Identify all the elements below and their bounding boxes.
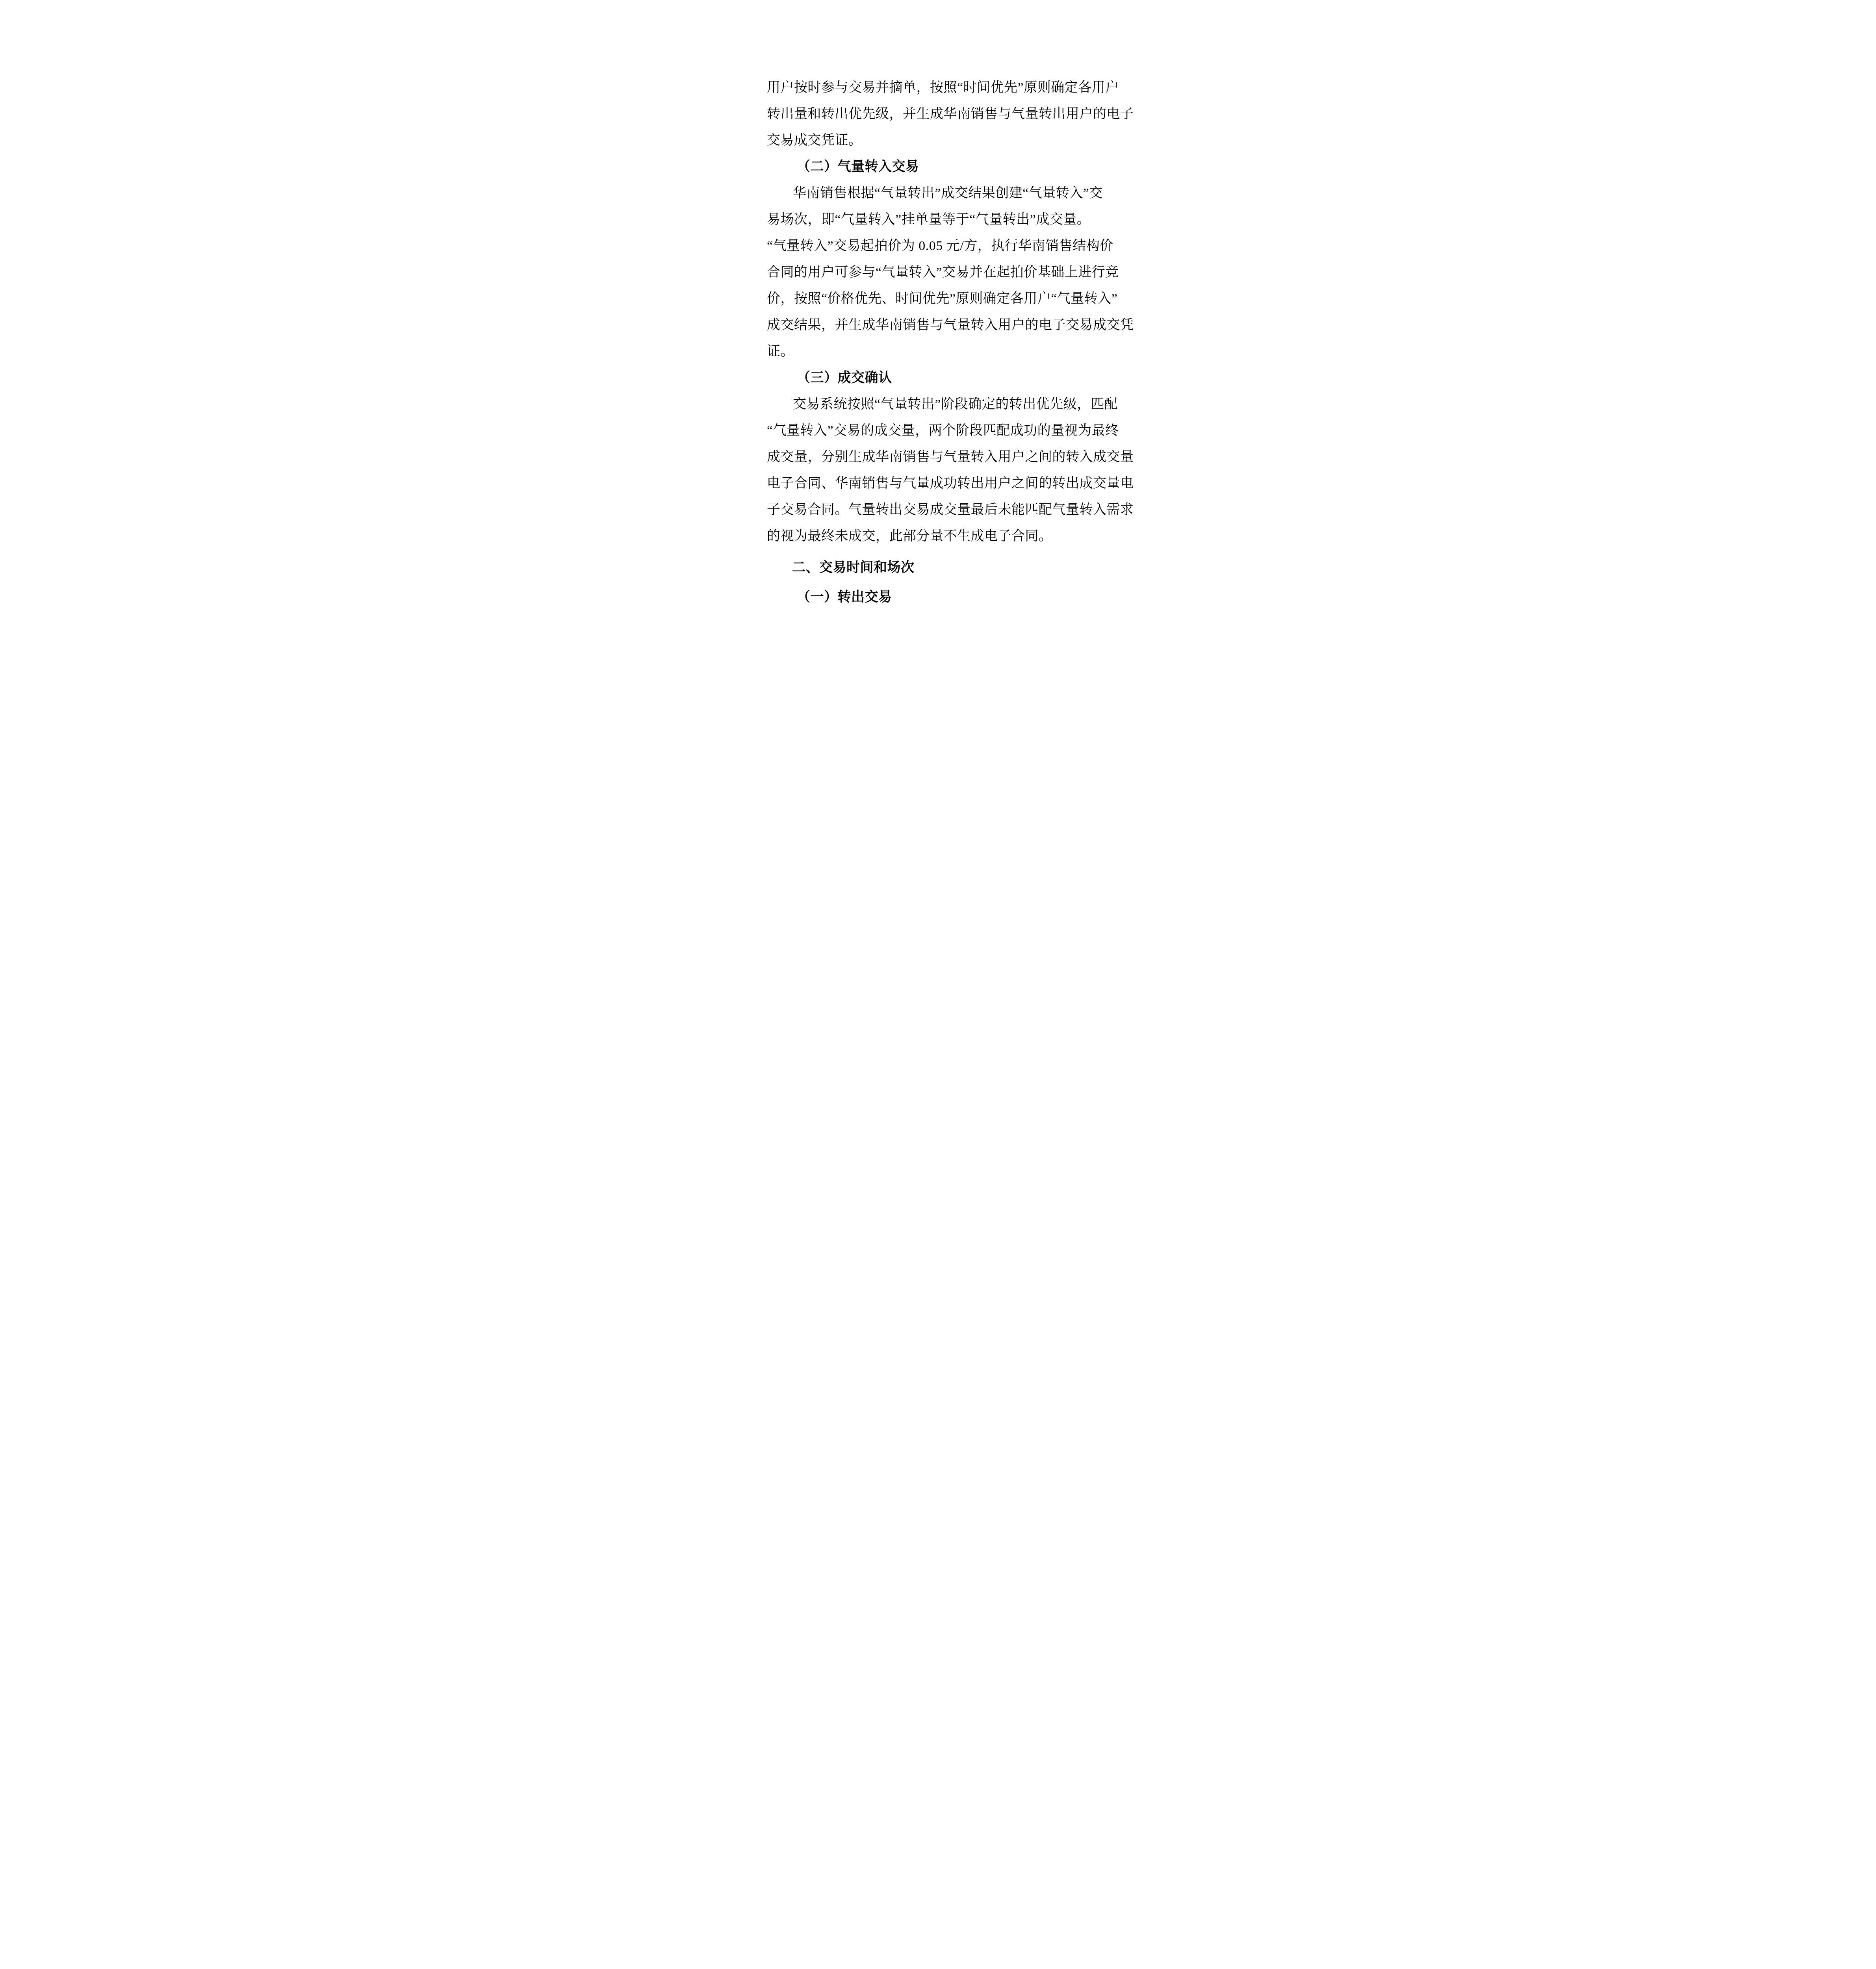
doc-line-18: 的视为最终未成交，此部分量不生成电子合同。 — [767, 523, 1125, 549]
doc-line-14: “气量转入”交易的成交量，两个阶段匹配成功的量视为最终 — [767, 417, 1125, 444]
doc-line-9: 价，按照“价格优先、时间优先”原则确定各用户“气量转入” — [767, 286, 1125, 312]
document-page: 用户按时参与交易并摘单，按照“时间优先”原则确定各用户 转出量和转出优先级，并生… — [703, 0, 1173, 663]
doc-line-3: 交易成交凭证。 — [767, 127, 1125, 154]
section-heading-2: （二）气量转入交易 — [767, 154, 1125, 180]
chapter-heading-2: 二、交易时间和场次 — [767, 554, 1125, 581]
section-heading-1: （一）转出交易 — [767, 584, 1125, 610]
doc-line-16: 电子合同、华南销售与气量成功转出用户之间的转出成交量电 — [767, 470, 1125, 497]
doc-line-17: 子交易合同。气量转出交易成交量最后未能匹配气量转入需求 — [767, 497, 1125, 523]
doc-line-2: 转出量和转出优先级，并生成华南销售与气量转出用户的电子 — [767, 101, 1125, 127]
section-heading-3: （三）成交确认 — [767, 365, 1125, 391]
doc-line-6: 易场次，即“气量转入”挂单量等于“气量转出”成交量。 — [767, 206, 1125, 233]
doc-line-5: 华南销售根据“气量转出”成交结果创建“气量转入”交 — [767, 180, 1125, 206]
doc-line-7: “气量转入”交易起拍价为 0.05 元/方，执行华南销售结构价 — [767, 233, 1125, 259]
doc-line-13: 交易系统按照“气量转出”阶段确定的转出优先级，匹配 — [767, 391, 1125, 417]
doc-line-11: 证。 — [767, 338, 1125, 365]
doc-line-1: 用户按时参与交易并摘单，按照“时间优先”原则确定各用户 — [767, 74, 1125, 101]
doc-line-15: 成交量，分别生成华南销售与气量转入用户之间的转入成交量 — [767, 444, 1125, 470]
doc-line-8: 合同的用户可参与“气量转入”交易并在起拍价基础上进行竞 — [767, 259, 1125, 286]
doc-line-10: 成交结果，并生成华南销售与气量转入用户的电子交易成交凭 — [767, 312, 1125, 338]
